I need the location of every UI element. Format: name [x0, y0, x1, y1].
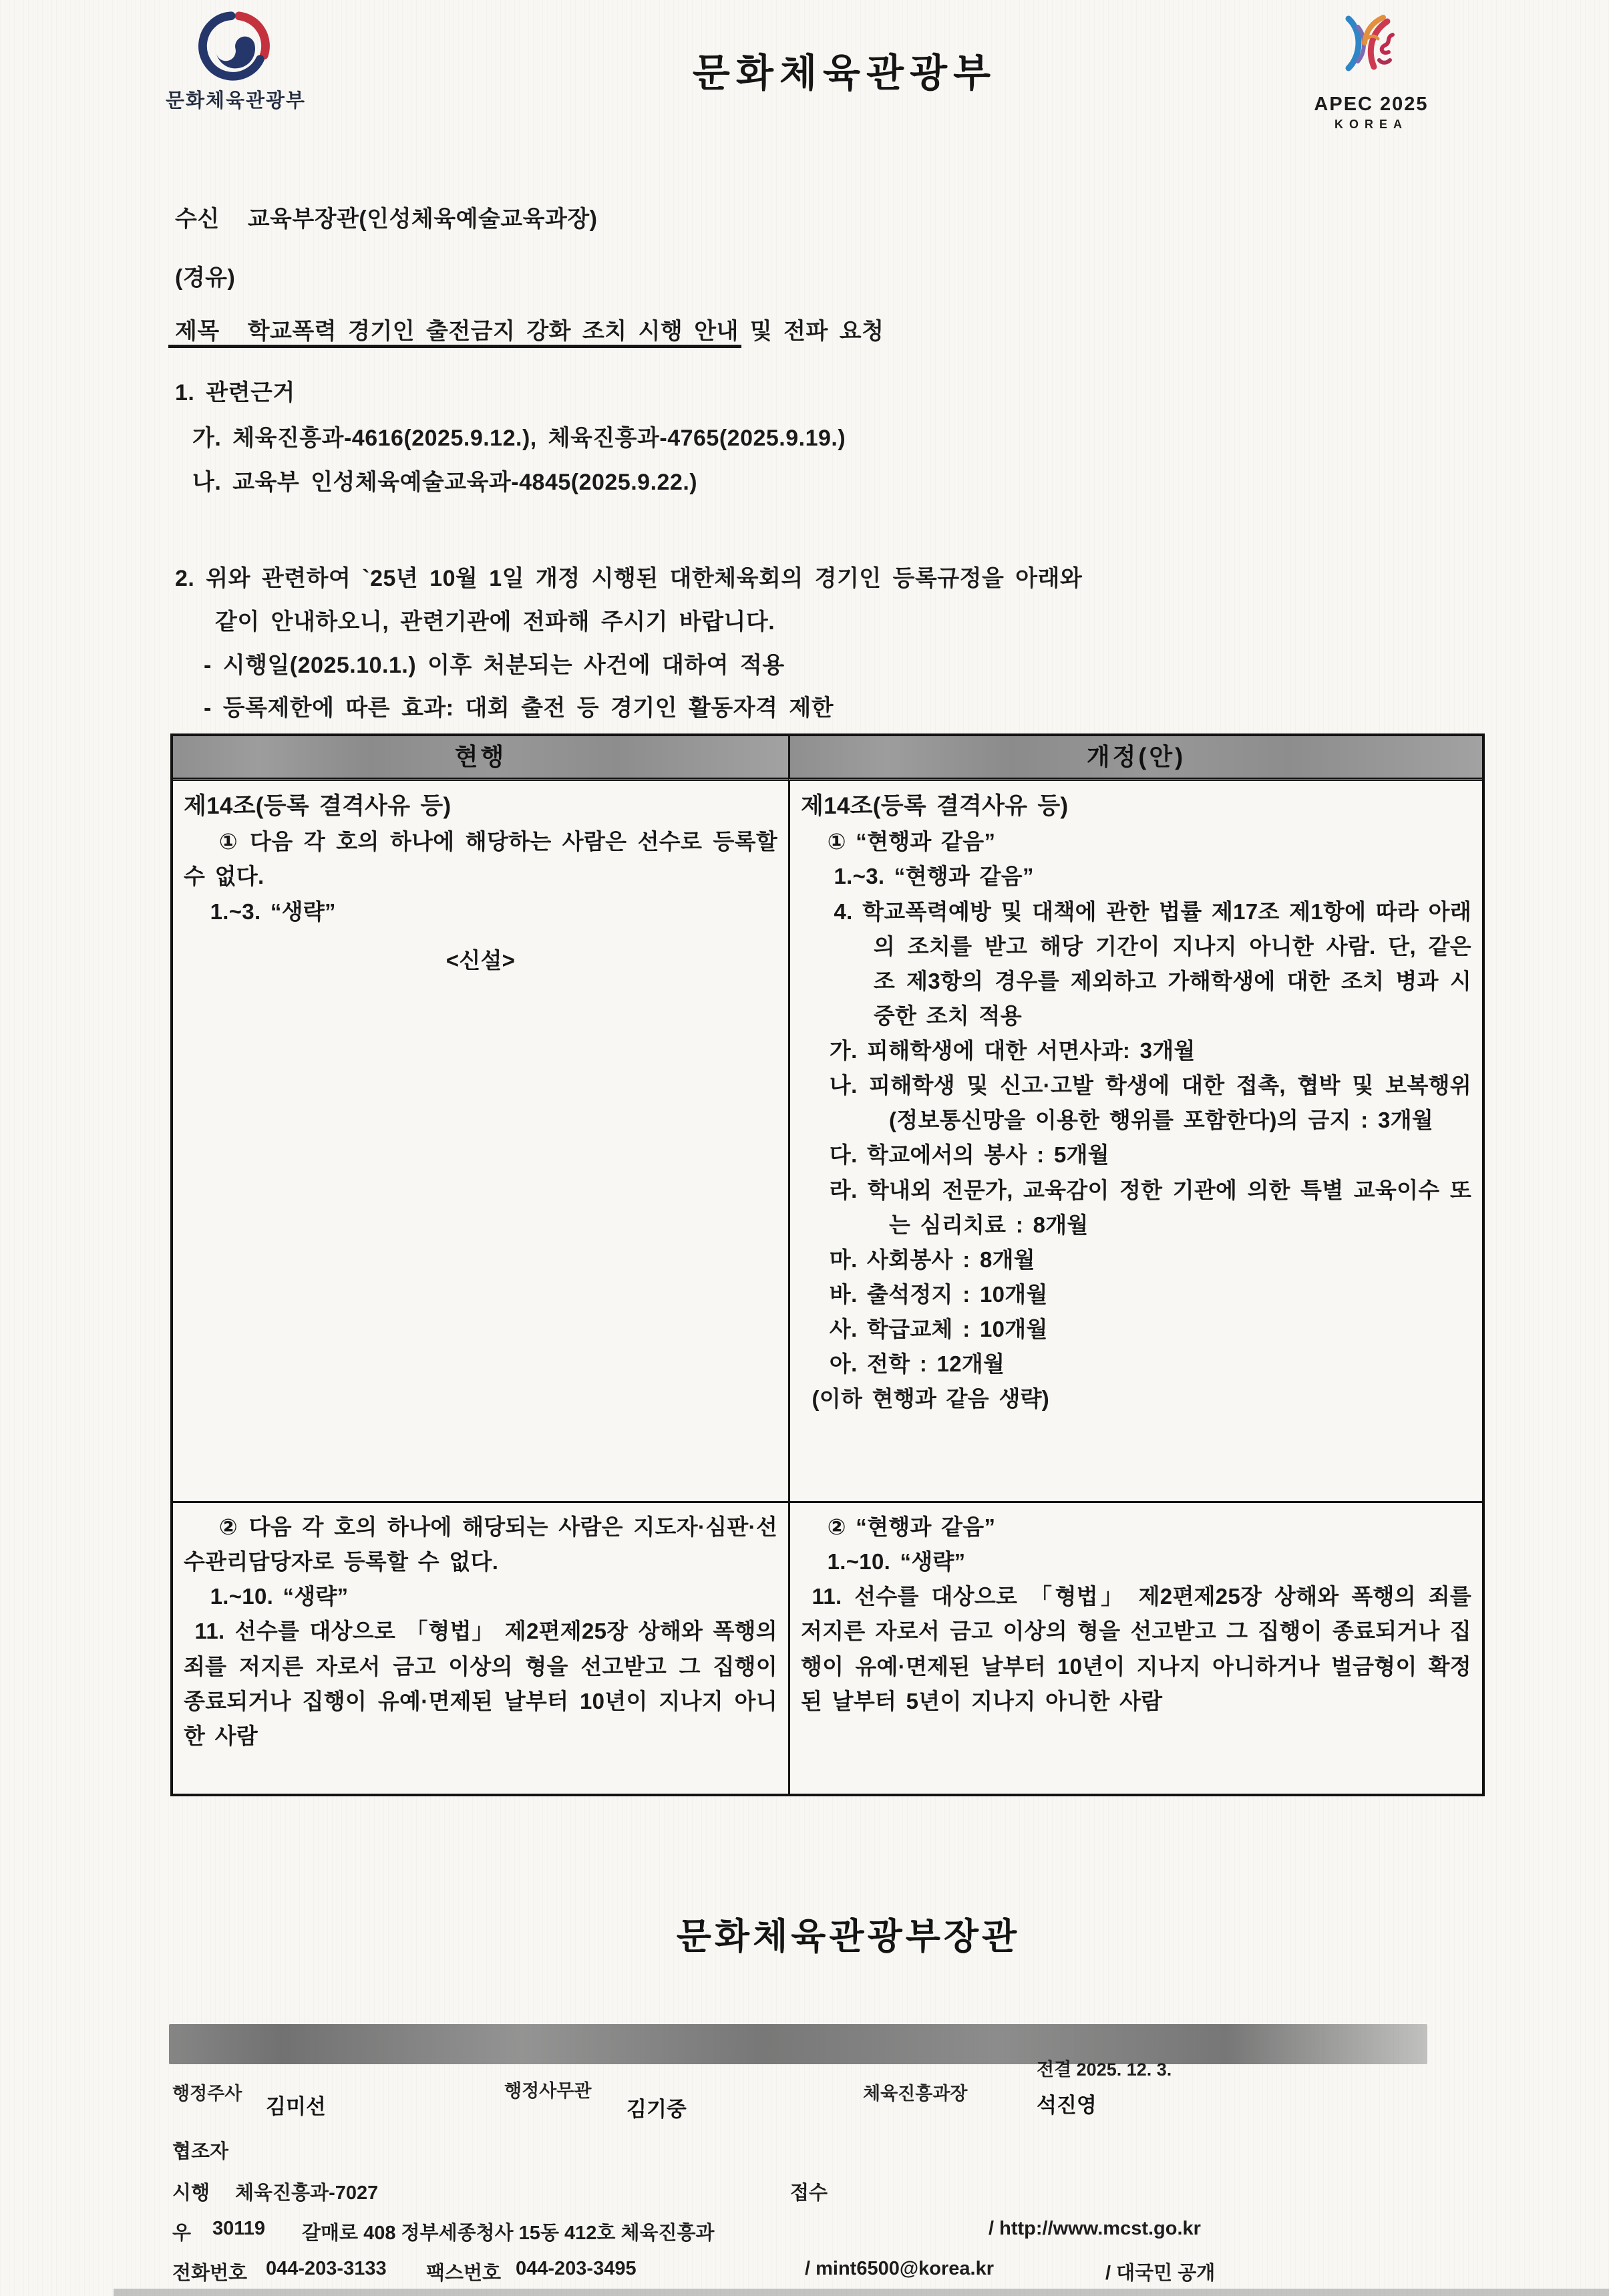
tel-number: 044-203-3133 [266, 2258, 387, 2280]
exec-label: 시행 [172, 2178, 210, 2205]
cell-line: 사. 학급교체 : 10개월 [801, 1312, 1471, 1347]
cell-line: 11. 선수를 대상으로 「형법」 제2편제25장 상해와 폭행의 죄를 저지른… [801, 1579, 1471, 1719]
cell-line: 제14조(등록 결격사유 등) [801, 788, 1471, 824]
section1-heading: 1. 관련근거 [175, 374, 295, 407]
cell-line: ② “현행과 같음” [801, 1510, 1471, 1544]
table-cell-current-row1: 제14조(등록 결격사유 등)① 다음 각 호의 하나에 해당하는 사람은 선수… [173, 781, 788, 1501]
cell-line: (이하 현행과 같음 생략) [801, 1381, 1471, 1416]
related-basis-item-1: 가. 체육진흥과-4616(2025.9.12.), 체육진흥과-4765(20… [192, 420, 846, 452]
section2-line1: 2. 위와 관련하여 `25년 10월 1일 개정 시행된 대한체육회의 경기인… [175, 560, 1082, 593]
regulation-comparison-table: 현행 개정(안) 제14조(등록 결격사유 등)① 다음 각 호의 하나에 해당… [170, 733, 1485, 1796]
official-role-2: 행정사무관 [504, 2076, 591, 2102]
scan-bottom-band [114, 2289, 1609, 2296]
address: 갈매로 408 정부세종청사 15동 412호 체육진흥과 [302, 2218, 715, 2245]
table-header-current: 현행 [173, 736, 788, 781]
minister-signature-title: 문화체육관광부장관 [0, 1908, 1609, 1959]
cell-line: 가. 피해학생에 대한 서면사과: 3개월 [801, 1033, 1471, 1068]
section2-bullet-2: - 등록제한에 따른 효과: 대회 출전 등 경기인 활동자격 제한 [204, 689, 834, 722]
table-cell-revised-row2: ② “현행과 같음”1.~10. “생략”11. 선수를 대상으로 「형법」 제… [788, 1501, 1482, 1794]
cell-line: 1.~3. “생략” [184, 894, 777, 929]
section2-bullet-1: - 시행일(2025.10.1.) 이후 처분되는 사건에 대하여 적용 [204, 647, 785, 679]
tel-label: 전화번호 [172, 2258, 247, 2285]
cell-line: ① 다음 각 호의 하나에 해당하는 사람은 선수로 등록할 수 없다. [184, 824, 777, 894]
subject-line: 제목학교폭력 경기인 출전금지 강화 조치 시행 안내 및 전파 요청 [175, 313, 884, 345]
subject-underline [168, 345, 741, 348]
cell-line: 아. 전학 : 12개월 [801, 1347, 1471, 1381]
table-header-revised: 개정(안) [788, 736, 1482, 781]
cell-line: 마. 사회봉사 : 8개월 [801, 1243, 1471, 1277]
apec-logo-icon [1318, 12, 1425, 92]
via-line: (경유) [175, 259, 235, 292]
postal-code: 30119 [212, 2218, 265, 2240]
exec-number: 체육진흥과-7027 [235, 2178, 378, 2205]
scanned-official-document: 문화체육관광부 문화체육관광부 APEC 2025 KOREA 수신교육부장관(… [0, 0, 1609, 2296]
related-basis-item-2: 나. 교육부 인성체육예술교육과-4845(2025.9.22.) [192, 464, 697, 496]
apec-2025-logo: APEC 2025 KOREA [1288, 12, 1455, 132]
cell-line: <신설> [184, 943, 777, 978]
cell-line: 다. 학교에서의 봉사 : 5개월 [801, 1138, 1471, 1172]
fax-number: 044-203-3495 [516, 2258, 637, 2280]
recipient-value: 교육부장관(인성체육예술교육과장) [248, 206, 598, 232]
scan-artifact-band [169, 2024, 1427, 2064]
official-name-2: 김기중 [627, 2092, 687, 2122]
disclosure: / 대국민 공개 [1105, 2258, 1215, 2285]
recipient-label: 수신 [175, 206, 220, 232]
subject-value: 학교폭력 경기인 출전금지 강화 조치 시행 안내 및 전파 요청 [248, 319, 884, 344]
postal-label: 우 [172, 2218, 191, 2245]
approval-note: 전결 2025. 12. 3. [1037, 2055, 1172, 2081]
official-role-3: 체육진흥과장 [863, 2079, 968, 2105]
email: / mint6500@korea.kr [805, 2258, 994, 2280]
section2-line2: 같이 안내하오니, 관련기관에 전파해 주시기 바랍니다. [215, 603, 775, 636]
cell-line: 바. 출석정지 : 10개월 [801, 1277, 1471, 1312]
cell-line: 제14조(등록 결격사유 등) [184, 788, 777, 824]
cooperator-label: 협조자 [172, 2136, 228, 2164]
cell-line: 4. 학교폭력예방 및 대책에 관한 법률 제17조 제1항에 따라 아래의 조… [801, 894, 1471, 1034]
table-cell-current-row2: ② 다음 각 호의 하나에 해당되는 사람은 지도자·심판·선수관리담당자로 등… [173, 1501, 788, 1794]
fax-label: 팩스번호 [426, 2258, 501, 2285]
receipt-label: 접수 [790, 2178, 828, 2205]
table-cell-revised-row1: 제14조(등록 결격사유 등)① “현행과 같음”1.~3. “현행과 같음”4… [788, 781, 1482, 1501]
apec-logo-title: APEC 2025 [1288, 94, 1455, 116]
cell-line: 11. 선수를 대상으로 「형법」 제2편제25장 상해와 폭행의 죄를 저지른… [184, 1614, 777, 1754]
cell-line: 1.~10. “생략” [184, 1579, 777, 1614]
cell-line: 1.~10. “생략” [801, 1544, 1471, 1579]
cell-line: 나. 피해학생 및 신고·고발 학생에 대한 접촉, 협박 및 보복행위(정보통… [801, 1068, 1471, 1138]
recipient-line: 수신교육부장관(인성체육예술교육과장) [175, 200, 598, 233]
official-name-3: 석진영 [1037, 2088, 1097, 2118]
subject-label: 제목 [175, 319, 220, 344]
cell-line: ② 다음 각 호의 하나에 해당되는 사람은 지도자·심판·선수관리담당자로 등… [184, 1510, 777, 1579]
apec-logo-subtitle: KOREA [1288, 118, 1455, 132]
official-role-1: 행정주사 [172, 2079, 242, 2105]
cell-line: 라. 학내외 전문가, 교육감이 정한 기관에 의한 특별 교육이수 또는 심리… [801, 1173, 1471, 1243]
website: / http://www.mcst.go.kr [989, 2218, 1201, 2240]
cell-line: 1.~3. “현행과 같음” [801, 859, 1471, 894]
cell-line: ① “현행과 같음” [801, 824, 1471, 859]
official-name-1: 김미선 [266, 2090, 326, 2120]
